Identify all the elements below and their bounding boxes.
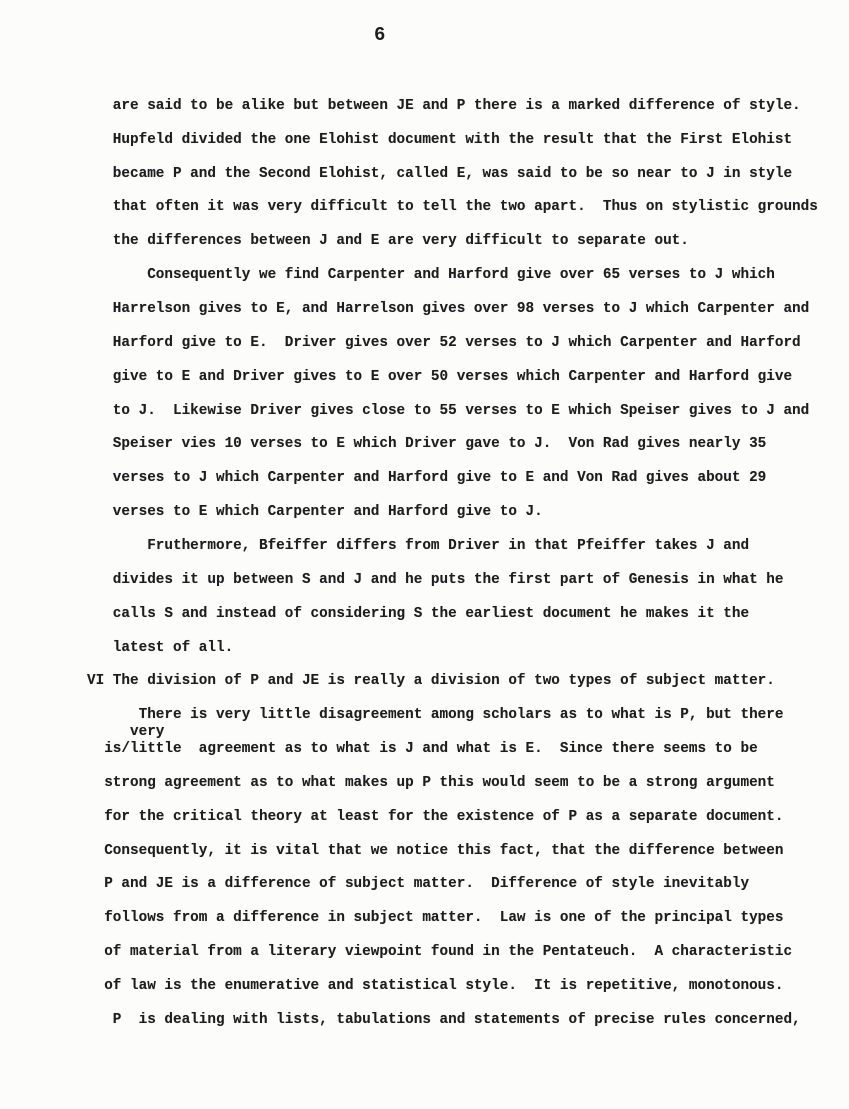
text-line: P is dealing with lists, tabulations and…	[87, 1010, 801, 1030]
text-line: are said to be alike but between JE and …	[87, 96, 801, 116]
section-vi-heading-line: VI The division of P and JE is really a …	[87, 671, 775, 691]
text-line: to J. Likewise Driver gives close to 55 …	[87, 401, 809, 421]
text-line: strong agreement as to what makes up P t…	[87, 773, 775, 793]
text-line: Fruthermore, Bfeiffer differs from Drive…	[87, 536, 749, 556]
text-line: verses to J which Carpenter and Harford …	[87, 468, 766, 488]
text-line: follows from a difference in subject mat…	[87, 908, 783, 928]
text-line: calls S and instead of considering S the…	[87, 604, 749, 624]
text-line: Harford give to E. Driver gives over 52 …	[87, 333, 801, 353]
manuscript-page: 6 are said to be alike but between JE an…	[0, 0, 849, 1109]
text-line: verses to E which Carpenter and Harford …	[87, 502, 543, 522]
text-line: Consequently, it is vital that we notice…	[87, 841, 783, 861]
text-line: became P and the Second Elohist, called …	[87, 164, 792, 184]
text-line: Consequently we find Carpenter and Harfo…	[87, 265, 775, 285]
text-line: is/little agreement as to what is J and …	[87, 739, 758, 759]
text-line: of law is the enumerative and statistica…	[87, 976, 783, 996]
text-line: Hupfeld divided the one Elohist document…	[87, 130, 792, 150]
text-line: There is very little disagreement among …	[87, 705, 783, 725]
text-line: for the critical theory at least for the…	[87, 807, 783, 827]
text-line: Harrelson gives to E, and Harrelson give…	[87, 299, 809, 319]
text-line: latest of all.	[87, 638, 233, 658]
text-line: P and JE is a difference of subject matt…	[87, 874, 749, 894]
text-line: give to E and Driver gives to E over 50 …	[87, 367, 792, 387]
text-line: of material from a literary viewpoint fo…	[87, 942, 792, 962]
text-line: the differences between J and E are very…	[87, 231, 689, 251]
text-line: divides it up between S and J and he put…	[87, 570, 783, 590]
text-line: Speiser vies 10 verses to E which Driver…	[87, 434, 766, 454]
text-line: that often it was very difficult to tell…	[87, 197, 818, 217]
page-number: 6	[374, 24, 385, 46]
